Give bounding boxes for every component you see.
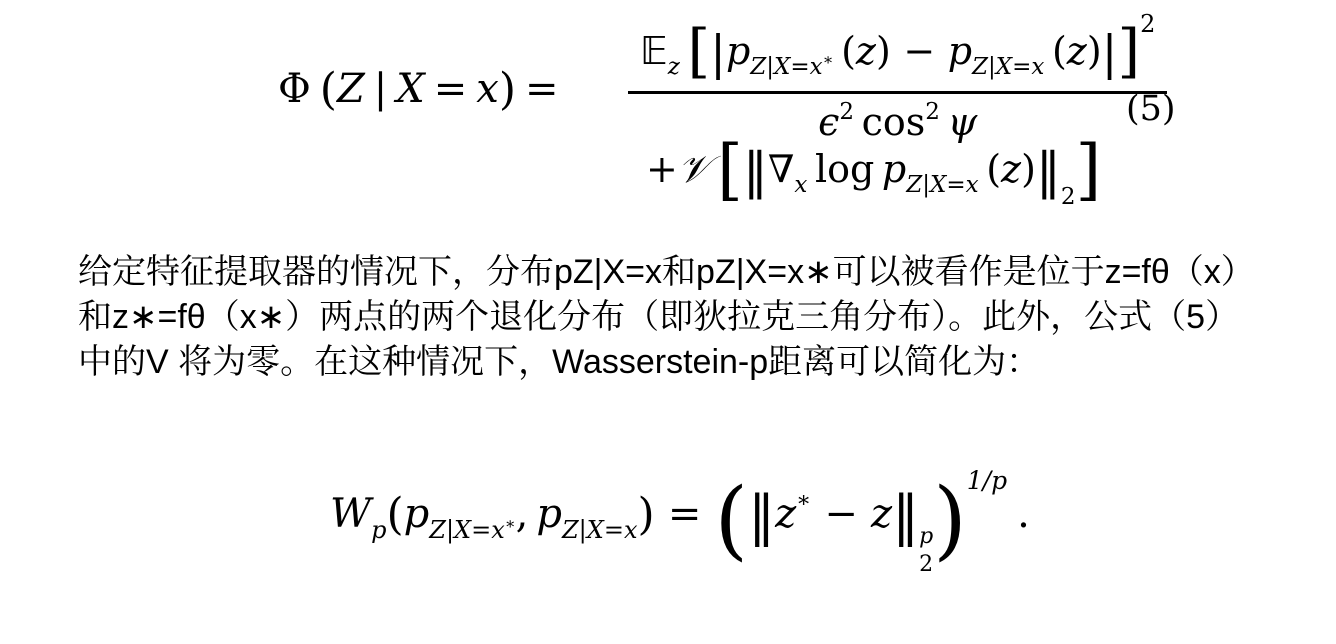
weq-p1-subscript-star: ∗ bbox=[505, 514, 516, 533]
nabla-operator: ∇ bbox=[768, 147, 795, 191]
variance-close-bracket: ] bbox=[1076, 131, 1102, 208]
weq-p1-subscript-text: Z|X=x bbox=[429, 516, 505, 544]
arg1-variable-z: z bbox=[856, 29, 876, 73]
density-p2-subscript: Z|X=x bbox=[972, 54, 1044, 80]
p1-subscript-star: ∗ bbox=[823, 50, 834, 69]
equation-number: (5) bbox=[1126, 90, 1176, 128]
wasserstein-W: W bbox=[330, 491, 371, 537]
paragraph-line-3: 中的V 将为零。在这种情况下，Wasserstein-p距离可以简化为： bbox=[78, 340, 1328, 385]
weq-equals-sign: = bbox=[668, 491, 702, 537]
paragraph-line-2: 和z∗=fθ（x∗）两点的两个退化分布（即狄拉克三角分布）。此外，公式（5） bbox=[78, 295, 1328, 340]
norm-subscript-2: 2 bbox=[1061, 184, 1076, 210]
density-p-subscript: Z|X=x bbox=[906, 172, 978, 198]
equation-5-variance-term: +𝒱 [‖∇x log pZ|X=x (z)‖2] bbox=[646, 132, 1101, 208]
abs-bar-right: | bbox=[1102, 26, 1118, 81]
numerator-square-exponent: 2 bbox=[1140, 10, 1155, 38]
density-p1: p bbox=[726, 29, 750, 73]
weq-close-paren: ) bbox=[637, 489, 654, 540]
density-p1-subscript: Z|X=x∗ bbox=[750, 54, 833, 80]
weq-p2-subscript: Z|X=x bbox=[562, 516, 638, 544]
weq-big-close-paren: ) bbox=[933, 470, 967, 570]
arg2-variable-z: z bbox=[1067, 29, 1087, 73]
equation-5-lhs: Φ(Z|X=x)= bbox=[278, 66, 559, 113]
numerator-close-bracket: ] bbox=[1118, 17, 1141, 85]
p1-subscript-text: Z|X=x bbox=[750, 54, 822, 80]
expectation-operator: 𝔼 bbox=[640, 29, 668, 73]
expectation-subscript: z bbox=[668, 54, 680, 80]
weq-open-paren: ( bbox=[387, 489, 404, 540]
fraction-numerator: 𝔼z [|pZ|X=x∗ (z) − pZ|X=x (z)|]2 bbox=[628, 18, 1167, 94]
density-p2: p bbox=[948, 29, 972, 73]
weq-density-p1: p bbox=[404, 491, 430, 537]
variable-Z: Z bbox=[337, 66, 365, 112]
arg-open-paren: ( bbox=[986, 147, 1001, 191]
weq-norm-right-bars: ‖ bbox=[892, 484, 919, 547]
density-p: p bbox=[882, 147, 906, 191]
weq-period: . bbox=[1017, 491, 1030, 537]
wasserstein-W-subscript: p bbox=[371, 516, 386, 544]
weq-norm-left-bars: ‖ bbox=[748, 484, 775, 547]
epsilon-exponent: 2 bbox=[839, 99, 854, 125]
weq-norm-exponent-p: p bbox=[919, 526, 933, 548]
log-operator: log bbox=[815, 147, 874, 191]
arg1-open-paren: ( bbox=[841, 29, 856, 73]
arg-close-paren: ) bbox=[1021, 147, 1036, 191]
weq-variable-z: z bbox=[871, 491, 892, 537]
variance-open-bracket: [ bbox=[717, 131, 743, 208]
weq-outer-exponent: 1/p bbox=[967, 466, 1007, 495]
arg2-close-paren: ) bbox=[1087, 29, 1102, 73]
chinese-paragraph: 给定特征提取器的情况下，分布pZ|X=x和pZ|X=x∗可以被看作是位于z=fθ… bbox=[78, 250, 1328, 385]
lhs-open-paren: ( bbox=[320, 64, 337, 115]
norm-right-bars: ‖ bbox=[1036, 142, 1061, 200]
arg2-open-paren: ( bbox=[1052, 29, 1067, 73]
arg1-close-paren: ) bbox=[876, 29, 891, 73]
paper-page: Φ(Z|X=x)= 𝔼z [|pZ|X=x∗ (z) − pZ|X=x (z)|… bbox=[0, 0, 1336, 644]
weq-minus-sign: − bbox=[824, 491, 858, 537]
numerator-open-bracket: [ bbox=[687, 17, 710, 85]
lhs-close-paren: ) bbox=[499, 64, 516, 115]
weq-comma: , bbox=[516, 491, 529, 537]
conditional-bar: | bbox=[374, 66, 387, 112]
variable-X: X bbox=[396, 66, 424, 112]
wasserstein-equation: Wp(pZ|X=x∗, pZ|X=x) = (‖z∗ − z‖p2)1/p . bbox=[330, 462, 1030, 576]
arg-variable-z: z bbox=[1001, 147, 1021, 191]
weq-z-star-superscript: ∗ bbox=[796, 488, 811, 513]
paragraph-line-1: 给定特征提取器的情况下，分布pZ|X=x和pZ|X=x∗可以被看作是位于z=fθ… bbox=[78, 250, 1328, 295]
abs-bar-left: | bbox=[710, 26, 726, 81]
plus-sign: + bbox=[646, 147, 678, 191]
weq-big-open-paren: ( bbox=[715, 470, 749, 570]
weq-density-p2: p bbox=[536, 491, 562, 537]
equals-sign: = bbox=[525, 66, 559, 112]
nabla-subscript: x bbox=[794, 172, 807, 198]
inner-equals-sign: = bbox=[434, 66, 468, 112]
phi-symbol: Φ bbox=[278, 66, 311, 112]
weq-norm-subscript-2: 2 bbox=[919, 554, 933, 576]
cosine-exponent: 2 bbox=[925, 99, 940, 125]
norm-left-bars: ‖ bbox=[743, 142, 768, 200]
weq-p1-subscript: Z|X=x∗ bbox=[429, 516, 515, 544]
weq-variable-z-star: z bbox=[775, 491, 796, 537]
minus-sign: − bbox=[903, 29, 935, 73]
fraction: 𝔼z [|pZ|X=x∗ (z) − pZ|X=x (z)|]2 ϵ2 cos2… bbox=[628, 18, 1167, 145]
weq-norm-sup-sub-stack: p2 bbox=[919, 526, 933, 576]
variance-operator: 𝒱 bbox=[678, 147, 710, 191]
variable-x: x bbox=[476, 66, 499, 112]
